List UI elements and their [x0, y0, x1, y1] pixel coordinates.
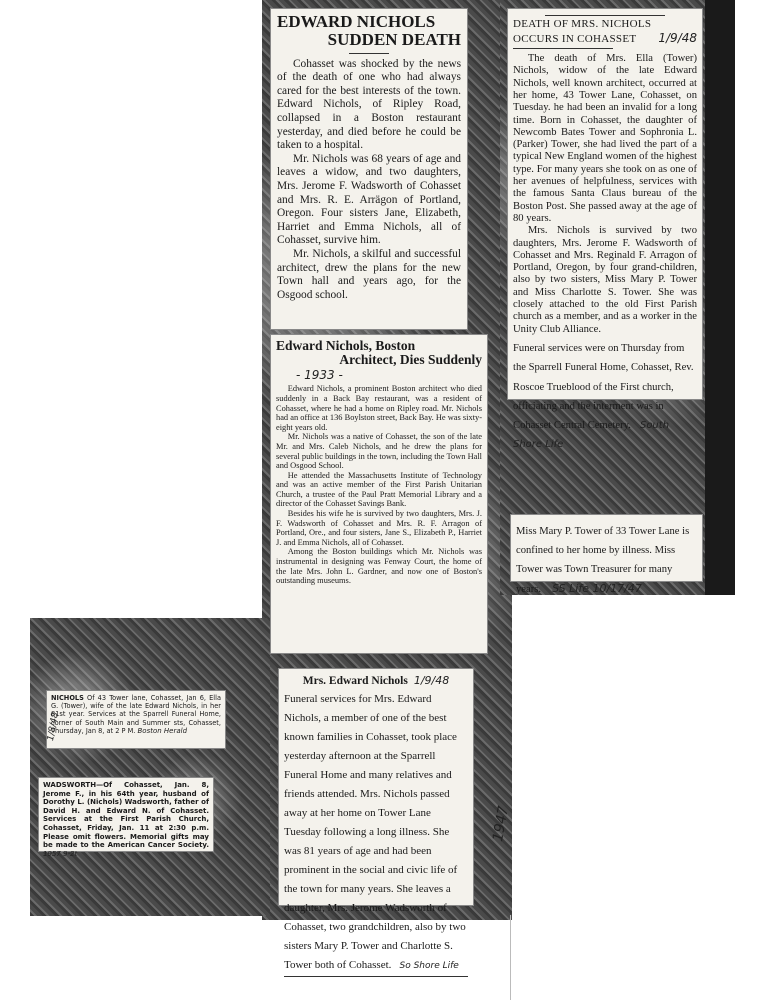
headline-rule — [513, 48, 613, 49]
headline-line2: SUDDEN DEATH — [277, 31, 461, 49]
paragraph: Among the Boston buildings which Mr. Nic… — [276, 547, 482, 585]
headline-line1: Edward Nichols, Boston — [276, 339, 482, 353]
paragraph: Mr. Nichols was a native of Cohasset, th… — [276, 432, 482, 470]
clipping-death-mrs-nichols: DEATH OF MRS. NICHOLS OCCURS IN COHASSET… — [507, 8, 703, 400]
paragraph: Funeral services for Mrs. Edward Nichols… — [284, 693, 466, 971]
headline-line2: Architect, Dies Suddenly — [276, 353, 482, 367]
headline-line1: DEATH OF MRS. NICHOLS — [513, 19, 697, 31]
clipping-mrs-edward-nichols: Mrs. Edward Nichols 1/9/48 Funeral servi… — [278, 668, 474, 906]
handwritten-note: 1957 9-2t — [43, 850, 77, 858]
paragraph: Mr. Nichols was 68 years of age and leav… — [277, 153, 461, 248]
paragraph: He attended the Massachusetts Institute … — [276, 471, 482, 509]
paragraph: Besides his wife he is survived by two d… — [276, 509, 482, 547]
paragraph: Edward Nichols, a prominent Boston archi… — [276, 384, 482, 432]
handwritten-source: Boston Herald — [137, 727, 187, 735]
clipping-miss-tower: Miss Mary P. Tower of 33 Tower Lane is c… — [510, 514, 703, 582]
clipping-wadsworth-notice: WADSWORTH—Of Cohasset, Jan. 8, Jerome F.… — [38, 777, 214, 852]
handwritten-date: 1/9/48 — [414, 674, 449, 687]
clipping-boston-architect: Edward Nichols, Boston Architect, Dies S… — [270, 334, 488, 654]
handwritten-note: SS Life 10/17/47 — [552, 582, 642, 595]
clipping-sudden-death: EDWARD NICHOLS SUDDEN DEATH Cohasset was… — [270, 8, 468, 330]
paragraph: Funeral services were on Thursday from t… — [513, 343, 694, 431]
paragraph: Mr. Nichols, a skilful and successful ar… — [277, 248, 461, 302]
notice-text: —Of Cohasset, Jan. 8, Jerome F., in his … — [43, 781, 209, 849]
paragraph: The death of Mrs. Ella (Tower) Nichols, … — [513, 53, 697, 225]
bottom-rule — [284, 976, 468, 977]
paragraph: Mrs. Nichols is survived by two daughter… — [513, 225, 697, 336]
dark-strip-right — [705, 0, 735, 595]
top-rule — [545, 15, 665, 16]
headline-rule — [349, 53, 389, 54]
clipping-nichols-notice: NICHOLS Of 43 Tower lane, Cohasset, Jan … — [46, 690, 226, 749]
handwritten-date: 1/9/48 — [658, 31, 697, 45]
page-edge-line — [510, 915, 511, 1000]
handwritten-year: - 1933 - — [296, 368, 482, 382]
headline-line2: OCCURS IN COHASSET — [513, 34, 636, 46]
headline-line1: EDWARD NICHOLS — [277, 13, 461, 31]
backing-sheet-bottom-left — [30, 618, 270, 916]
handwritten-source: So Shore Life — [399, 961, 458, 971]
notice-name: NICHOLS — [51, 694, 84, 702]
paragraph: Cohasset was shocked by the news of the … — [277, 58, 461, 153]
headline: Mrs. Edward Nichols — [303, 675, 408, 687]
notice-name: WADSWORTH — [43, 781, 96, 789]
